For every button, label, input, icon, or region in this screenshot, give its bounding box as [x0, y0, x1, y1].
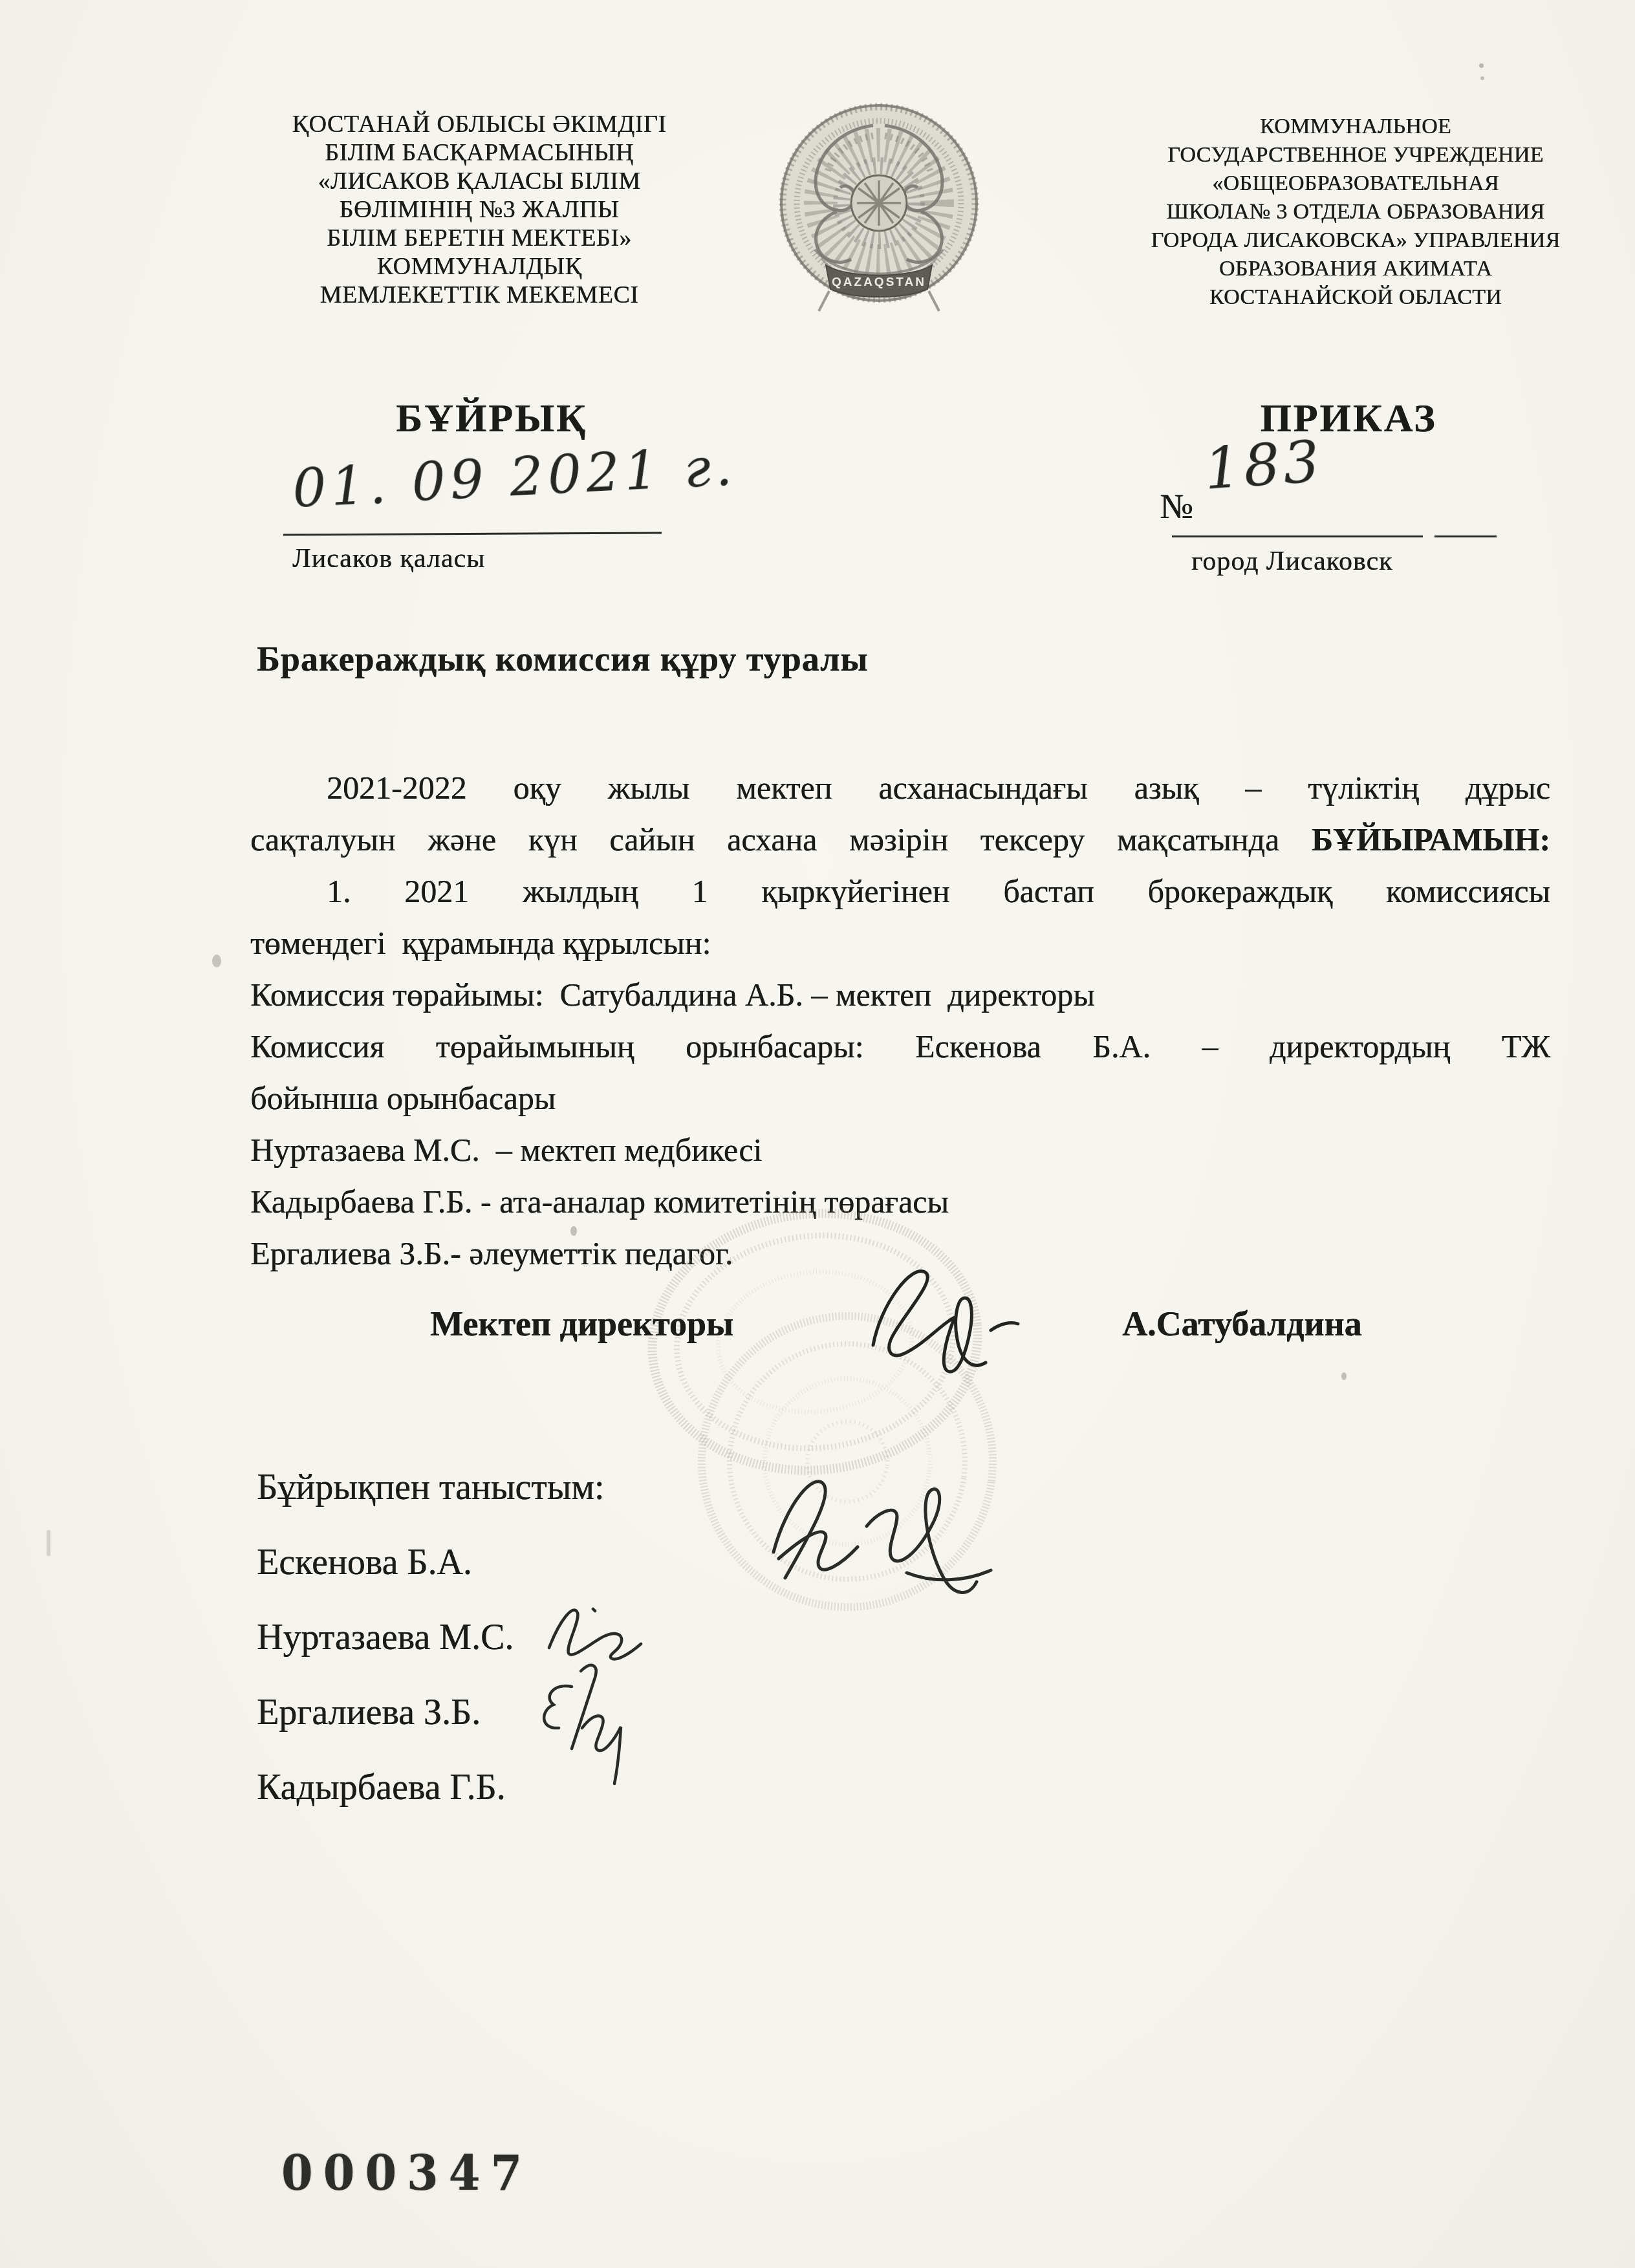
org-line: БӨЛІМІНІҢ №3 ЖАЛПЫ: [249, 195, 709, 224]
order-title-kazakh: БҰЙРЫҚ: [382, 396, 601, 442]
body-line: Комиссия төрайымының орынбасары: Ескенов…: [250, 1021, 1550, 1072]
order-place-kazakh: Лисаков қаласы: [292, 543, 485, 574]
scan-artifact: [570, 1226, 577, 1236]
number-underline: [1172, 535, 1423, 537]
handwritten-order-number: 183: [1202, 428, 1325, 503]
org-line: ШКОЛА№ 3 ОТДЕЛА ОБРАЗОВАНИЯ: [1118, 198, 1594, 226]
scan-artifact: [1341, 1372, 1347, 1380]
date-underline: [283, 532, 662, 535]
handwritten-order-date: 01. 09 2021 г.: [291, 436, 738, 521]
org-line: «ОБЩЕОБРАЗОВАТЕЛЬНАЯ: [1118, 169, 1594, 198]
acknowledgment-label: Бұйрықпен таныстым:: [257, 1450, 604, 1525]
org-line: КОСТАНАЙСКОЙ ОБЛАСТИ: [1118, 283, 1594, 312]
org-line: ГОРОДА ЛИСАКОВСКА» УПРАВЛЕНИЯ: [1118, 226, 1594, 255]
body-line: сақталуын және күн сайын асхана мәзірін …: [250, 814, 1550, 865]
scan-artifact: [47, 1530, 50, 1556]
order-number-label: №: [1160, 486, 1193, 526]
scan-artifact: [1479, 63, 1484, 68]
order-place-russian: город Лисаковск: [1191, 546, 1393, 577]
body-line: 1. 2021 жылдың 1 қыркүйегінен бастап бро…: [250, 865, 1550, 917]
order-subject-title: Бракераждық комиссия құру туралы: [257, 639, 869, 679]
letterhead-left-org: ҚОСТАНАЙ ОБЛЫСЫ ӘКІМДІГІ БІЛІМ БАСҚАРМАС…: [249, 110, 709, 309]
org-line: КОММУНАЛЬНОЕ: [1118, 113, 1594, 141]
org-line: ГОСУДАРСТВЕННОЕ УЧРЕЖДЕНИЕ: [1118, 141, 1594, 169]
acknowledgment-name: Ескенова Б.А.: [257, 1525, 604, 1600]
kazakhstan-state-emblem: QAZAQSTAN: [775, 97, 983, 322]
org-line: ОБРАЗОВАНИЯ АКИМАТА: [1118, 255, 1594, 283]
number-underline-segment: [1435, 535, 1497, 537]
body-line: бойынша орынбасары: [250, 1072, 1550, 1124]
resolution-keyword: БҰЙЫРАМЫН:: [1312, 821, 1550, 858]
yergaliyeva-signature: [525, 1650, 642, 1799]
org-line: ҚОСТАНАЙ ОБЛЫСЫ ӘКІМДІГІ: [249, 110, 709, 138]
body-line: төмендегі құрамында құрылсын:: [250, 917, 1550, 969]
signatory-role: Мектеп директоры: [430, 1304, 733, 1344]
letterhead-right-org: КОММУНАЛЬНОЕ ГОСУДАРСТВЕННОЕ УЧРЕЖДЕНИЕ …: [1118, 113, 1594, 312]
org-line: «ЛИСАКОВ ҚАЛАСЫ БІЛІМ: [249, 167, 709, 195]
scan-artifact: [1480, 76, 1484, 80]
org-line: КОММУНАЛДЫҚ: [249, 252, 709, 281]
org-line: БІЛІМ БЕРЕТІН МЕКТЕБІ»: [249, 224, 709, 252]
signatory-name: А.Сатубалдина: [1122, 1304, 1362, 1344]
document-serial-stamp: 000347: [281, 2144, 532, 2202]
scan-artifact: [212, 955, 221, 967]
body-line: Нуртазаева М.С. – мектеп медбикесі: [250, 1124, 1550, 1176]
body-line: Комиссия төрайымы: Сатубалдина А.Б. – ме…: [250, 969, 1550, 1021]
org-line: МЕМЛЕКЕТТІК МЕКЕМЕСІ: [249, 281, 709, 309]
scanned-order-document: ҚОСТАНАЙ ОБЛЫСЫ ӘКІМДІГІ БІЛІМ БАСҚАРМАС…: [0, 0, 1635, 2268]
org-line: БІЛІМ БАСҚАРМАСЫНЫҢ: [249, 138, 709, 167]
eskenova-signature: [737, 1449, 1022, 1630]
emblem-banner-text: QAZAQSTAN: [832, 275, 926, 289]
director-signature: [847, 1226, 1028, 1426]
body-line: 2021-2022 оқу жылы мектеп асханасындағы …: [250, 762, 1550, 814]
